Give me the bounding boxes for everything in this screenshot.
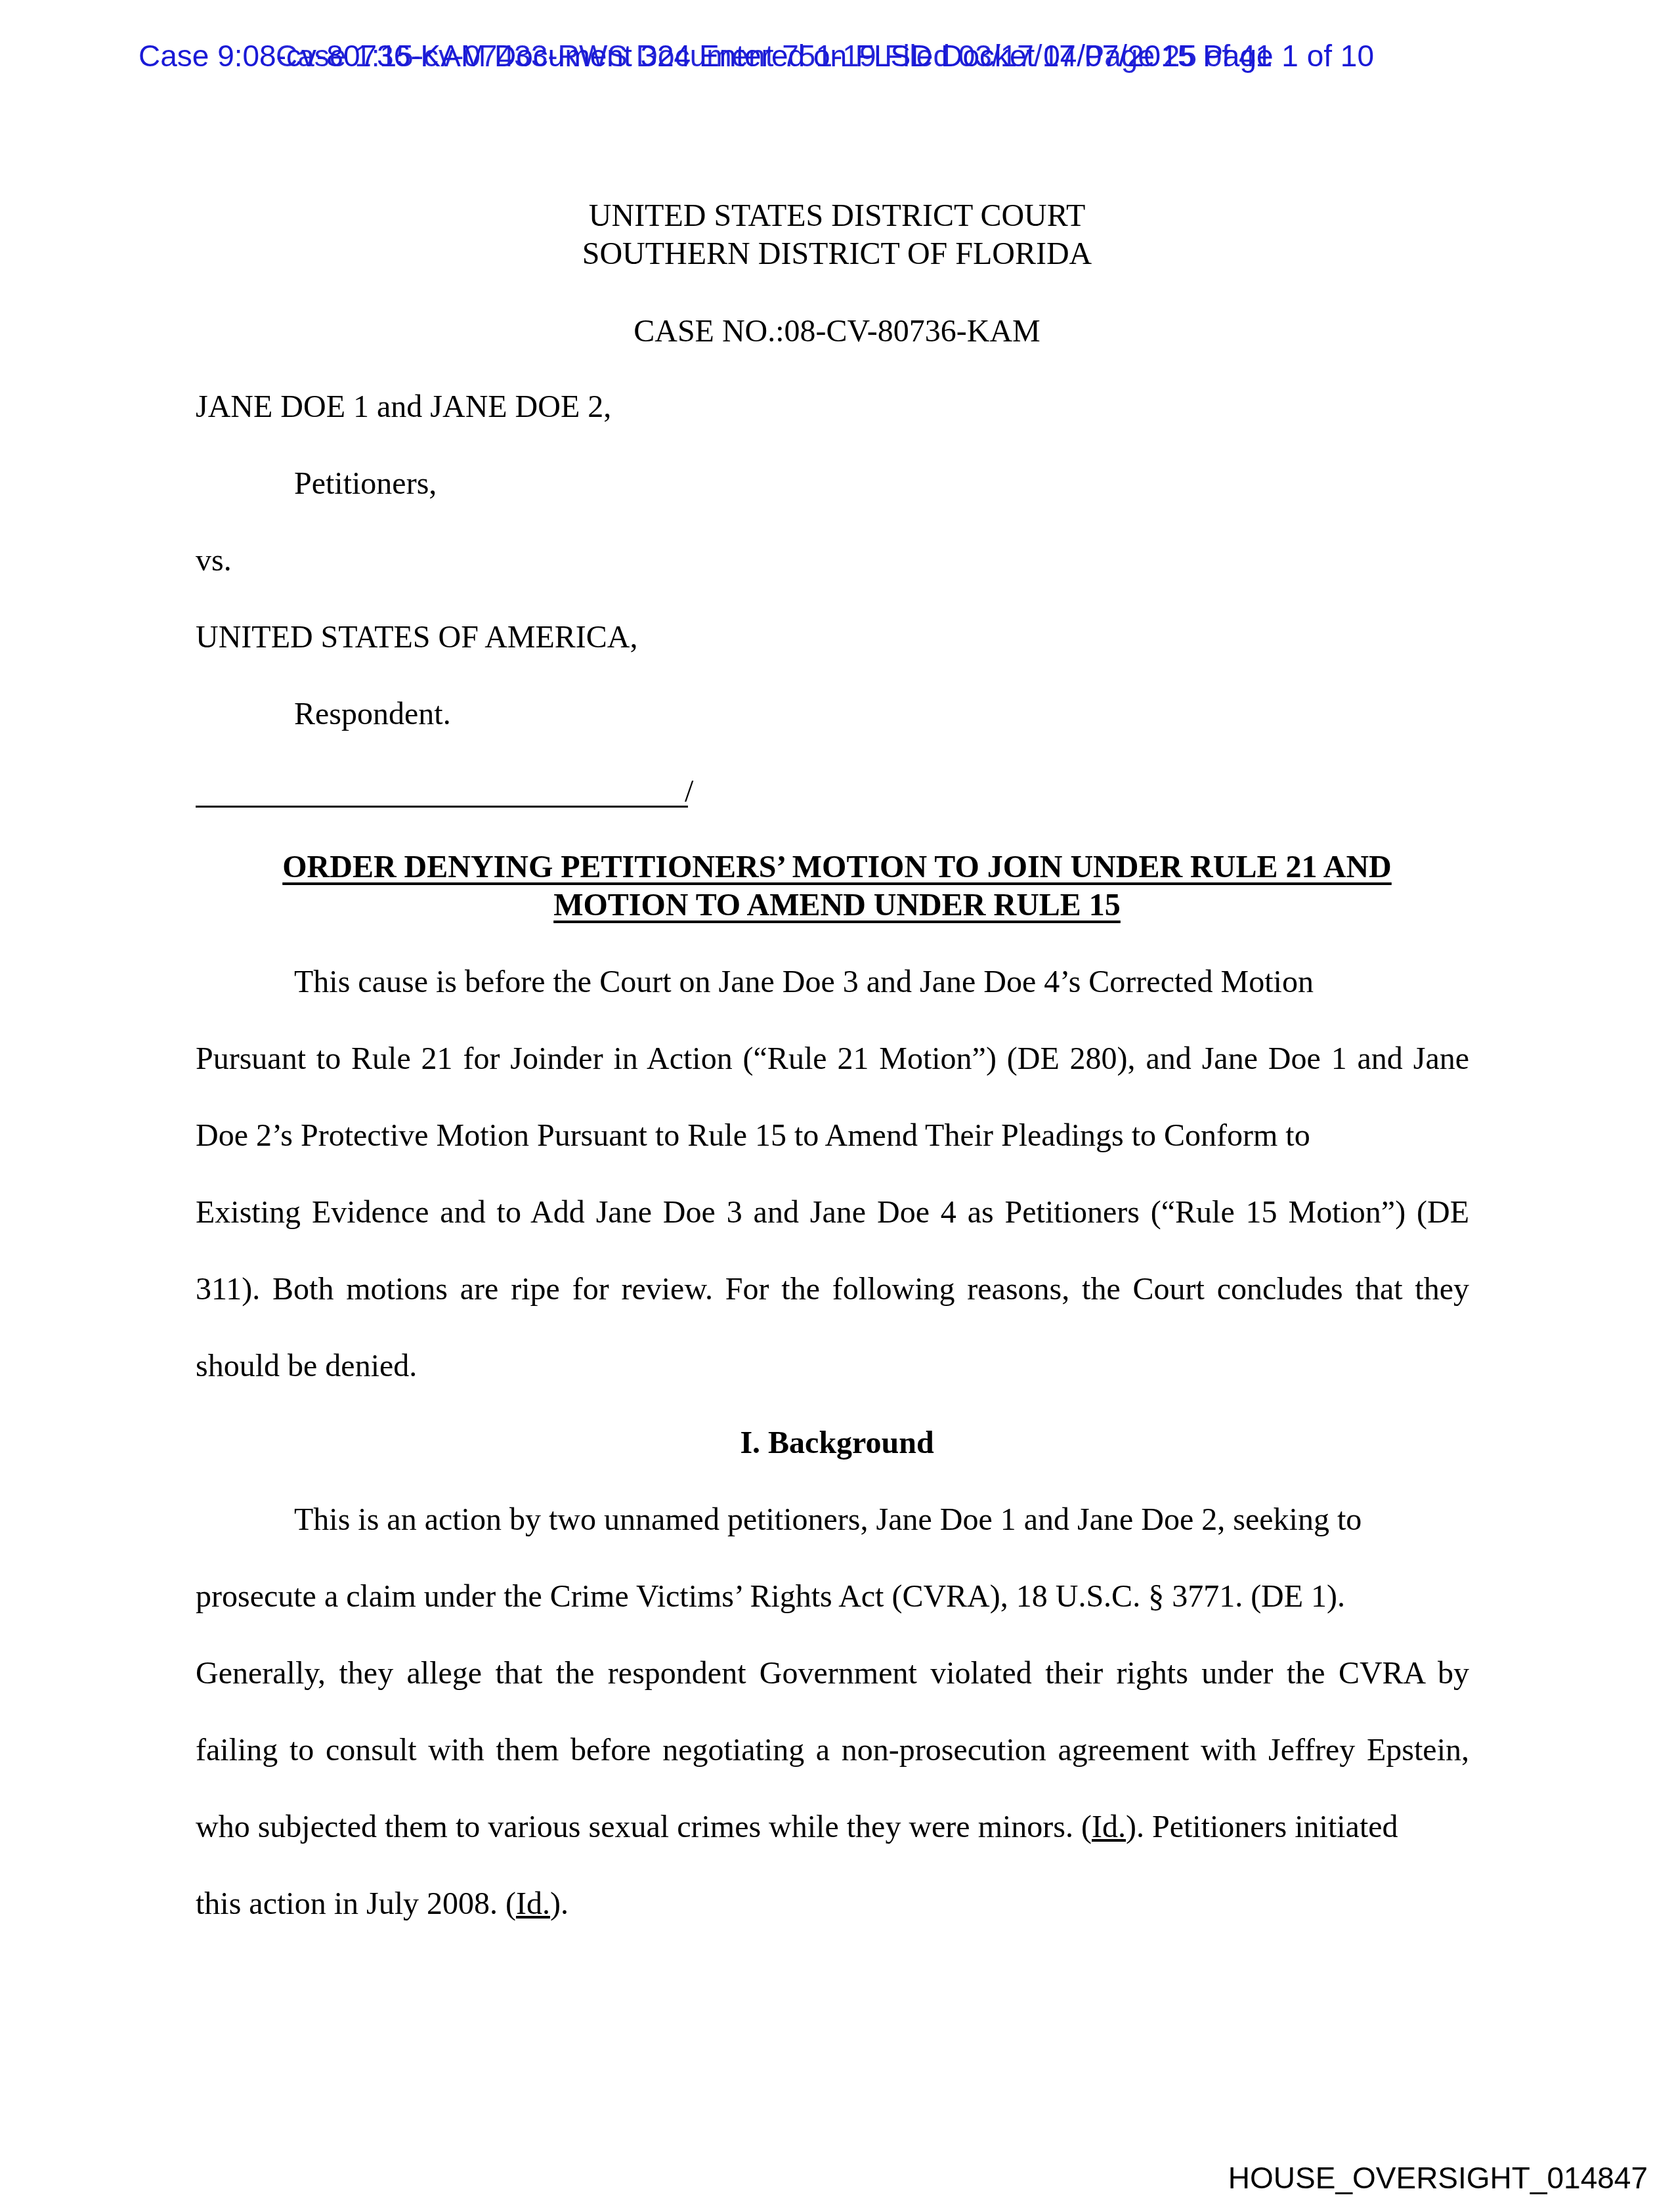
text-line: Existing Evidence and to Add Jane Doe 3 … (196, 1194, 1469, 1230)
citation-id: Id. (1092, 1810, 1126, 1844)
caption-divider-slash: / (685, 773, 693, 810)
court-name: UNITED STATES DISTRICT COURT (0, 197, 1674, 235)
case-number: CASE NO.:08-CV-80736-KAM (0, 313, 1674, 351)
petitioners-names: JANE DOE 1 and JANE DOE 2, (196, 389, 611, 425)
header-stamp-overlay-2: Case 1:15-cv-07433-RWS Document 751-19 F… (276, 38, 1272, 74)
respondent-name: UNITED STATES OF AMERICA, (196, 619, 638, 655)
versus-label: vs. (196, 542, 232, 578)
petitioners-label: Petitioners, (294, 466, 437, 502)
district-name: SOUTHERN DISTRICT OF FLORIDA (0, 235, 1674, 273)
text-line: 311). Both motions are ripe for review. … (196, 1271, 1469, 1307)
order-title-line-2: MOTION TO AMEND UNDER RULE 15 (0, 886, 1674, 924)
text-line: who subjected them to various sexual cri… (196, 1809, 1398, 1845)
text-line: this action in July 2008. (Id.). (196, 1886, 569, 1922)
respondent-label: Respondent. (294, 696, 451, 732)
text-line: This is an action by two unnamed petitio… (294, 1502, 1362, 1538)
section-heading-background: I. Background (0, 1425, 1674, 1461)
text-line: prosecute a claim under the Crime Victim… (196, 1578, 1345, 1615)
citation-id: Id. (516, 1886, 550, 1921)
text-line: This cause is before the Court on Jane D… (294, 964, 1314, 1000)
text-line: Generally, they allege that the responde… (196, 1655, 1469, 1691)
text-line: Doe 2’s Protective Motion Pursuant to Ru… (196, 1117, 1310, 1154)
text-line: Pursuant to Rule 21 for Joinder in Actio… (196, 1041, 1469, 1077)
order-title-line-1: ORDER DENYING PETITIONERS’ MOTION TO JOI… (0, 848, 1674, 886)
court-filing-header-stamp: Case 9:08-cv-80736-KAM Document 324 Ente… (0, 38, 1674, 77)
caption-divider-line (196, 806, 688, 808)
text-line: failing to consult with them before nego… (196, 1732, 1469, 1768)
text-line: should be denied. (196, 1348, 417, 1384)
bates-number: HOUSE_OVERSIGHT_014847 (1228, 2160, 1648, 2196)
